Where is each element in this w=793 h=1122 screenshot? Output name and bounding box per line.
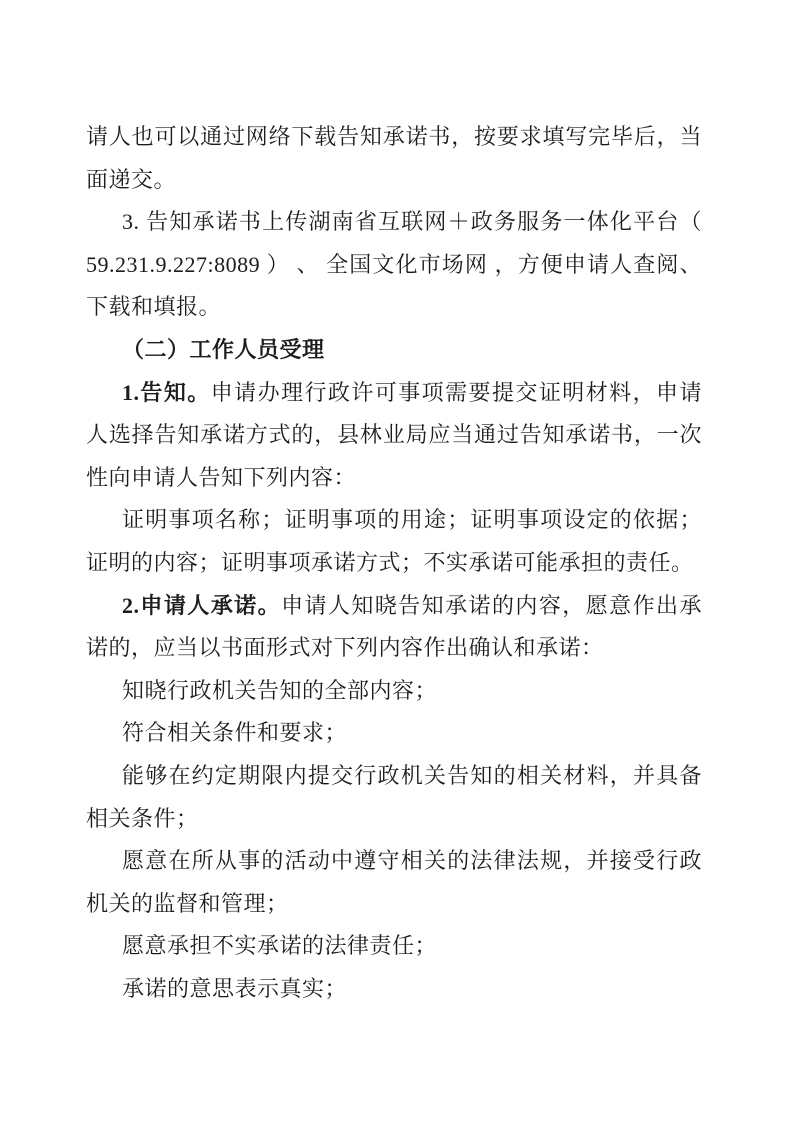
paragraph: 2.申请人承诺。申请人知晓告知承诺的内容，愿意作出承诺的，应当以书面形式对下列内… <box>86 585 702 670</box>
document-page: 请人也可以通过网络下载告知承诺书，按要求填写完毕后，当面递交。 3. 告知承诺书… <box>0 0 793 1122</box>
paragraph: 愿意承担不实承诺的法律责任； <box>86 925 702 968</box>
paragraph: （二）工作人员受理 <box>86 329 702 372</box>
paragraph-text: 符合相关条件和要求； <box>122 720 347 745</box>
paragraph-text: 愿意承担不实承诺的法律责任； <box>122 933 437 958</box>
paragraph-text: 知晓行政机关告知的全部内容； <box>122 678 437 703</box>
paragraph-text: 请人也可以通过网络下载告知承诺书，按要求填写完毕后，当面递交。 <box>86 124 702 192</box>
paragraph-text: 承诺的意思表示真实； <box>122 976 347 1001</box>
paragraph: 承诺的意思表示真实； <box>86 968 702 1011</box>
paragraph: 1.告知。申请办理行政许可事项需要提交证明材料，申请人选择告知承诺方式的，县林业… <box>86 372 702 500</box>
paragraph: 愿意在所从事的活动中遵守相关的法律法规，并接受行政机关的监督和管理； <box>86 840 702 925</box>
paragraph: 知晓行政机关告知的全部内容； <box>86 670 702 713</box>
paragraph-text: 3. 告知承诺书上传湖南省互联网＋政务服务一体化平台（ 59.231.9.227… <box>86 209 702 319</box>
paragraph-lead: 1.告知。 <box>122 380 211 405</box>
paragraph-text: 愿意在所从事的活动中遵守相关的法律法规，并接受行政机关的监督和管理； <box>86 848 702 916</box>
document-body: 请人也可以通过网络下载告知承诺书，按要求填写完毕后，当面递交。 3. 告知承诺书… <box>86 116 702 1010</box>
paragraph-text: （二）工作人员受理 <box>122 337 325 362</box>
paragraph: 请人也可以通过网络下载告知承诺书，按要求填写完毕后，当面递交。 <box>86 116 702 201</box>
paragraph: 能够在约定期限内提交行政机关告知的相关材料，并具备相关条件； <box>86 755 702 840</box>
paragraph-text: 证明事项名称；证明事项的用途；证明事项设定的依据；证明的内容；证明事项承诺方式；… <box>86 507 702 575</box>
paragraph-lead: 2.申请人承诺。 <box>122 593 281 618</box>
paragraph: 证明事项名称；证明事项的用途；证明事项设定的依据；证明的内容；证明事项承诺方式；… <box>86 499 702 584</box>
paragraph: 3. 告知承诺书上传湖南省互联网＋政务服务一体化平台（ 59.231.9.227… <box>86 201 702 329</box>
paragraph-text: 能够在约定期限内提交行政机关告知的相关材料，并具备相关条件； <box>86 763 702 831</box>
paragraph: 符合相关条件和要求； <box>86 712 702 755</box>
